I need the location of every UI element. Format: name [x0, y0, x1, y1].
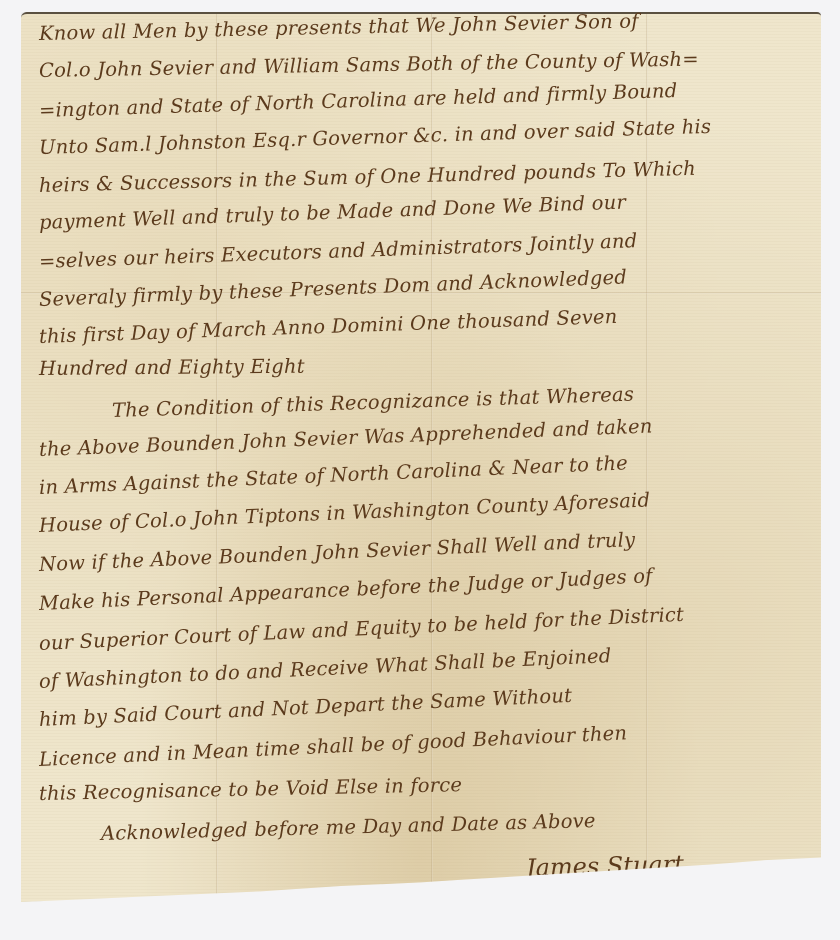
paper-fold [431, 14, 433, 902]
text-line: Unto Sam.l Johnston Esq.r Governor &c. i… [39, 115, 712, 159]
text-line: him by Said Court and Not Depart the Sam… [38, 684, 572, 731]
text-line: this first Day of March Anno Domini One … [39, 305, 618, 348]
text-line: Severaly firmly by these Presents Dom an… [39, 265, 628, 311]
text-line: =selves our heirs Executors and Administ… [39, 229, 638, 273]
text-line: Licence and in Mean time shall be of goo… [38, 721, 627, 771]
text-line: House of Col.o John Tiptons in Washingto… [39, 488, 651, 537]
text-line: payment Well and truly to be Made and Do… [39, 191, 627, 234]
text-line: in Arms Against the State of North Carol… [39, 451, 629, 499]
text-line: this Recognisance to be Void Else in for… [39, 773, 463, 805]
document-paper: Know all Men by these presents that We J… [21, 12, 821, 902]
text-line: Acknowledged before me Day and Date as A… [101, 809, 596, 845]
paper-fold [646, 14, 648, 902]
text-line: Know all Men by these presents that We J… [39, 9, 639, 45]
text-line: Col.o John Sevier and William Sams Both … [39, 47, 699, 82]
signature: James Stuart [526, 850, 684, 882]
text-line: The Condition of this Recognizance is th… [112, 383, 635, 422]
text-line: Hundred and Eighty Eight [39, 355, 305, 380]
text-line: =ington and State of North Carolina are … [39, 79, 678, 122]
